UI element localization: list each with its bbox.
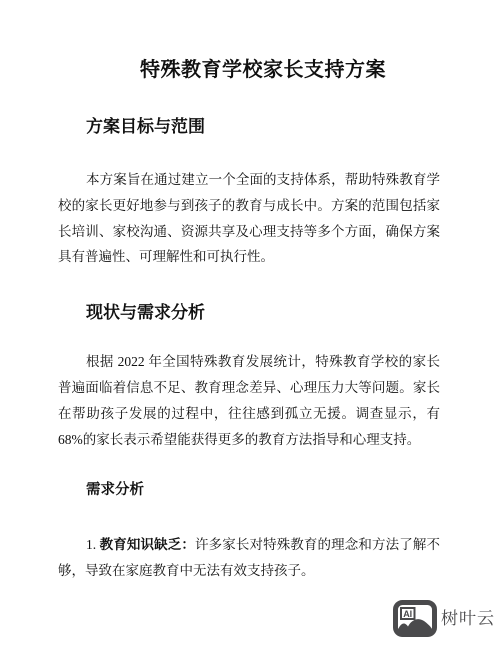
subsection-heading-needs: 需求分析 xyxy=(58,480,440,500)
document-title: 特殊教育学校家长支持方案 xyxy=(58,56,440,85)
ai-image-icon: AI xyxy=(393,600,437,637)
section-heading-status: 现状与需求分析 xyxy=(58,301,440,325)
icon-wave-shape xyxy=(398,619,432,632)
document-page: 特殊教育学校家长支持方案 方案目标与范围 本方案旨在通过建立一个全面的支持体系，… xyxy=(0,0,500,647)
list-item-number: 1. xyxy=(86,537,100,552)
icon-ai-label: AI xyxy=(403,609,412,619)
paragraph-status: 根据 2022 年全国特殊教育发展统计，特殊教育学校的家长普遍面临着信息不足、教… xyxy=(58,349,440,452)
list-item-need-1: 1. 教育知识缺乏：许多家长对特殊教育的理念和方法了解不够，导致在家庭教育中无法… xyxy=(58,532,440,584)
watermark: AI 树叶云 xyxy=(393,600,495,637)
paragraph-goals: 本方案旨在通过建立一个全面的支持体系，帮助特殊教育学校的家长更好地参与到孩子的教… xyxy=(58,167,440,270)
watermark-brand: 树叶云 xyxy=(441,610,495,627)
list-item-term: 教育知识缺乏： xyxy=(100,537,195,552)
section-heading-goals: 方案目标与范围 xyxy=(58,115,440,139)
